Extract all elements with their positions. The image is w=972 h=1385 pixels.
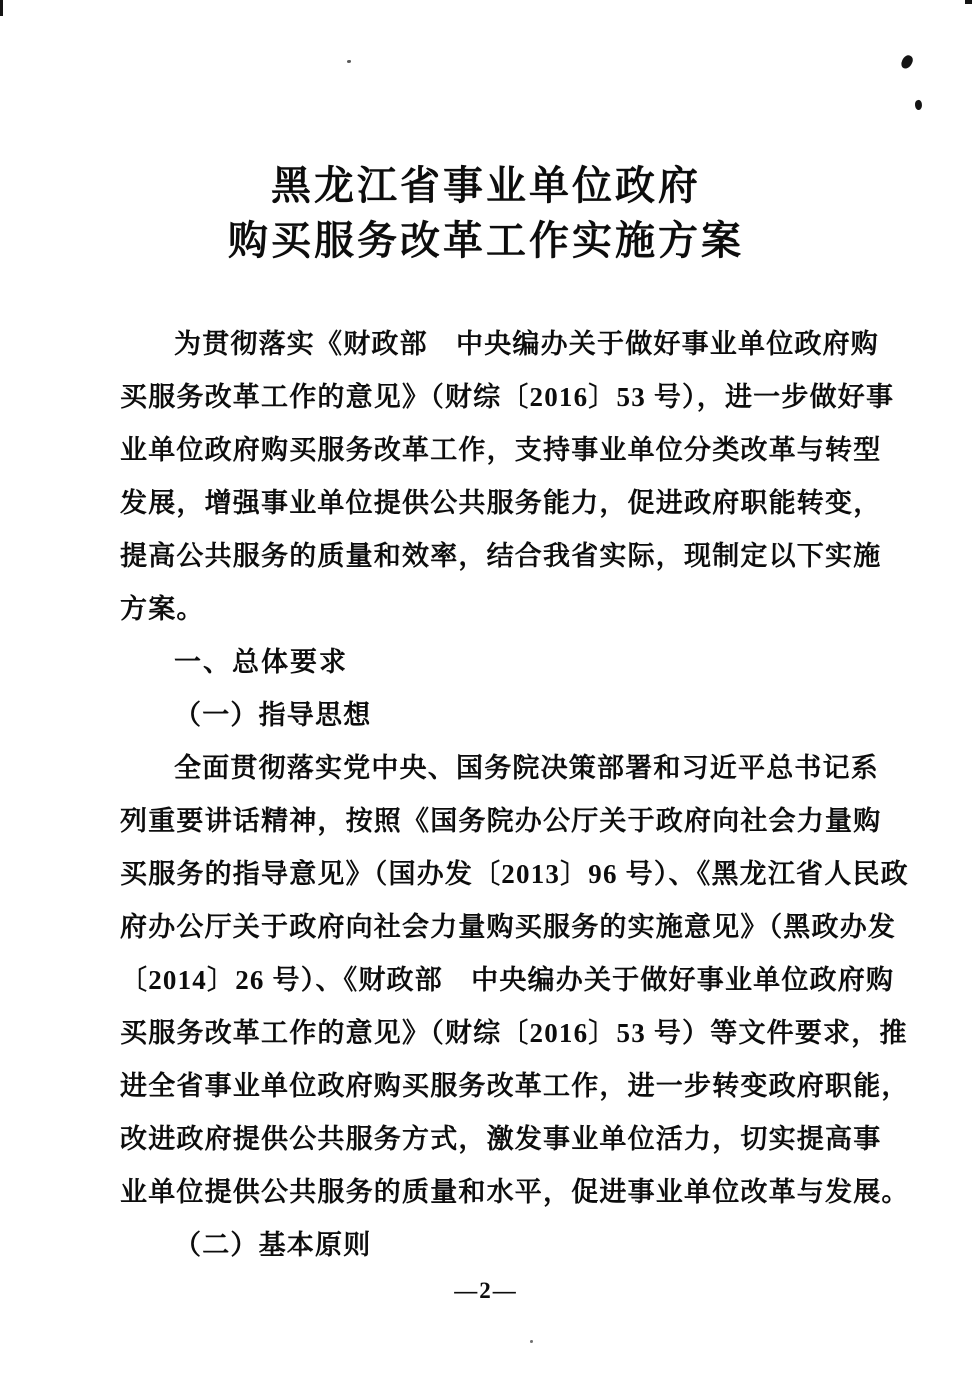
paragraph-line: 改进政府提供公共服务方式，激发事业单位活力，切实提高事 [120, 1113, 864, 1166]
paragraph-line: 业单位政府购买服务改革工作，支持事业单位分类改革与转型 [120, 424, 864, 477]
scanned-document-page: 黑龙江省事业单位政府 购买服务改革工作实施方案 为贯彻落实《财政部 中央编办关于… [0, 0, 972, 1385]
paragraph-line: 提高公共服务的质量和效率，结合我省实际，现制定以下实施 [120, 530, 864, 583]
paragraph-line: 列重要讲话精神，按照《国务院办公厅关于政府向社会力量购 [120, 795, 864, 848]
subsection-heading-basic-principles: （二）基本原则 [120, 1219, 864, 1272]
paragraph-line: 府办公厅关于政府向社会力量购买服务的实施意见》（黑政办发 [120, 901, 864, 954]
scan-artifact [914, 99, 923, 110]
document-title: 黑龙江省事业单位政府 购买服务改革工作实施方案 [0, 158, 972, 268]
paragraph-line: 〔2014〕26 号）、《财政部 中央编办关于做好事业单位政府购 [120, 954, 864, 1007]
paragraph-line: 买服务改革工作的意见》（财综〔2016〕53 号）等文件要求，推 [120, 1007, 864, 1060]
paragraph-line: 买服务改革工作的意见》（财综〔2016〕53 号），进一步做好事 [120, 371, 864, 424]
page-number: —2— [0, 1278, 972, 1304]
paragraph-line: 进全省事业单位政府购买服务改革工作，进一步转变政府职能， [120, 1060, 864, 1113]
paragraph-line: 业单位提供公共服务的质量和水平，促进事业单位改革与发展。 [120, 1166, 864, 1219]
scan-artifact [900, 54, 915, 71]
paragraph-line: 方案。 [120, 583, 864, 636]
section-heading-overall-requirements: 一、总体要求 [120, 636, 864, 689]
subsection-heading-guiding-ideology: （一）指导思想 [120, 689, 864, 742]
paragraph-line: 买服务的指导意见》（国办发〔2013〕96 号）、《黑龙江省人民政 [120, 848, 864, 901]
scan-artifact [965, 0, 972, 4]
document-title-line-2: 购买服务改革工作实施方案 [0, 213, 972, 268]
paragraph-line: 发展，增强事业单位提供公共服务能力，促进政府职能转变， [120, 477, 864, 530]
scan-artifact [0, 0, 3, 16]
scan-artifact [347, 60, 351, 63]
scan-artifact [530, 1340, 533, 1343]
paragraph-line: 为贯彻落实《财政部 中央编办关于做好事业单位政府购 [120, 318, 864, 371]
document-title-line-1: 黑龙江省事业单位政府 [0, 158, 972, 213]
paragraph-line: 全面贯彻落实党中央、国务院决策部署和习近平总书记系 [120, 742, 864, 795]
document-body: 为贯彻落实《财政部 中央编办关于做好事业单位政府购 买服务改革工作的意见》（财综… [120, 318, 864, 1272]
